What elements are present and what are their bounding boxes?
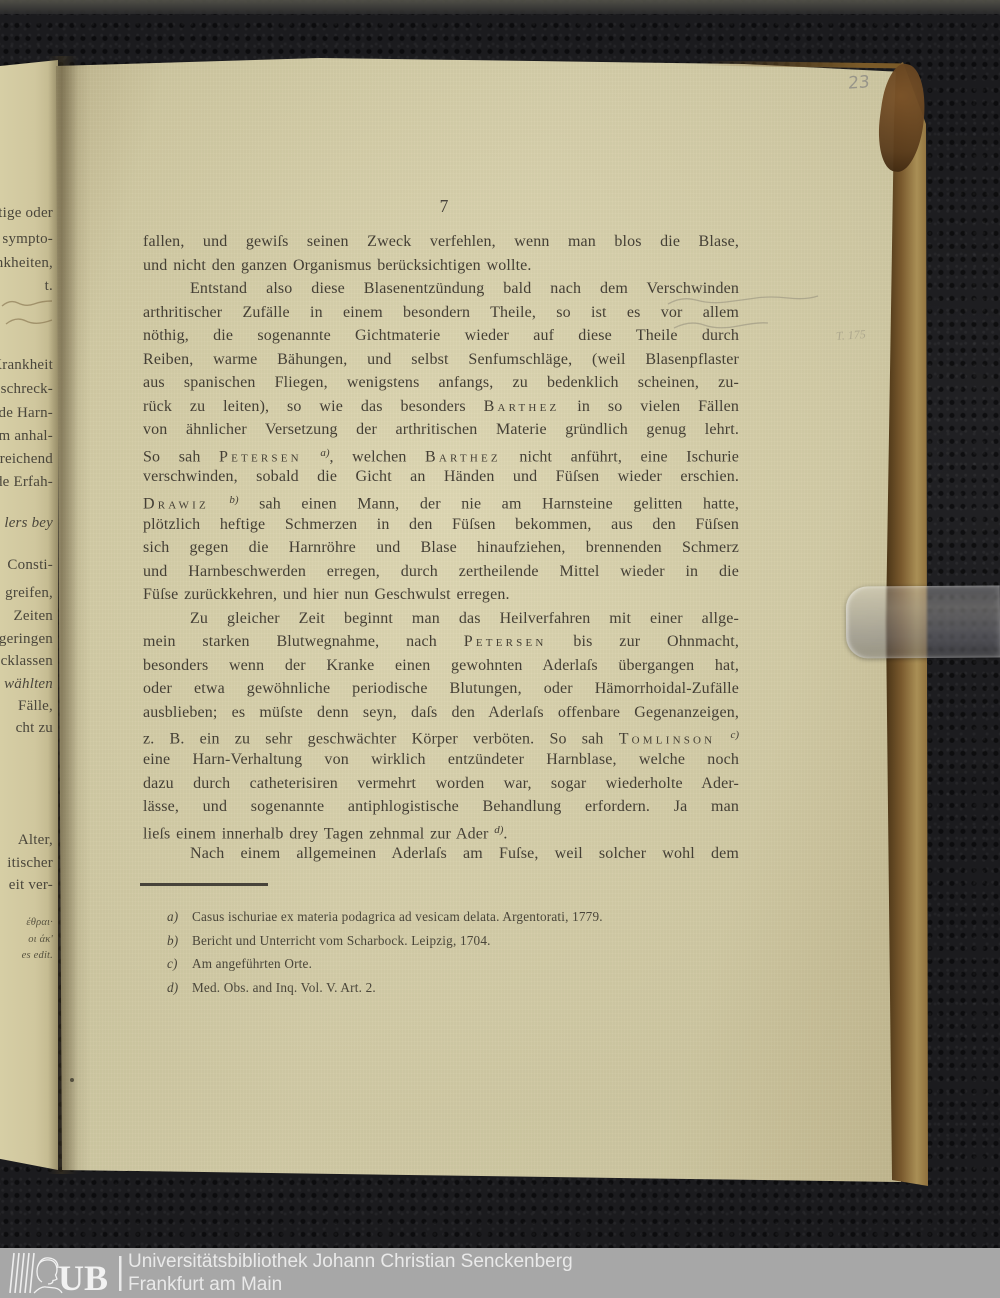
footnote-ref: d) (494, 824, 503, 836)
author-name: Barthez (484, 398, 560, 415)
facing-page-fragment: es edit. (22, 950, 53, 961)
text-run (302, 448, 321, 465)
text-line: sich gegen die Harnröhre und Blase hinau… (143, 536, 739, 560)
text-line: verschwinden, sobald die Gicht an Händen… (143, 465, 739, 489)
text-line: rück zu leiten), so wie das besonders Ba… (143, 395, 739, 419)
binding-top-highlight (0, 0, 1000, 14)
text-run: dazu durch catheterisiren vermehrt worde… (143, 775, 739, 792)
author-name: Tomlinson (619, 731, 716, 748)
text-run: . (503, 825, 507, 842)
facing-page-fragment: Fälle, (18, 698, 53, 715)
facing-page-fragment: lers bey (4, 515, 53, 532)
author-name: Petersen (219, 448, 302, 465)
text-line: arthritischer Zufälle in einem besondern… (143, 301, 739, 325)
facing-page-fragment: greifen, (5, 585, 53, 602)
text-line: und Harnbeschwerden erregen, durch zerth… (143, 560, 739, 584)
text-line: plötzlich heftige Schmerzen in den Füſse… (143, 513, 739, 537)
pencil-marginalia-text: T. 175 (836, 327, 867, 344)
institution-city: Frankfurt am Main (128, 1274, 573, 1297)
text-line: und nicht den ganzen Organismus berücksi… (143, 254, 739, 278)
facing-page-fragment: ur sympto- (0, 231, 53, 248)
text-run: So sah (143, 448, 219, 465)
footnote-text: Casus ischuriae ex materia podagrica ad … (192, 909, 603, 924)
ub-logo-text: UB (58, 1258, 108, 1295)
facing-page-fragment: geringen (0, 631, 53, 648)
text-run: nicht anführt, eine Ischurie (501, 448, 739, 465)
facing-page-fragment: Alter, (18, 832, 53, 849)
book-scan-viewport: ftige oderur sympto-rankheiten,t.Krankhe… (0, 0, 1000, 1298)
text-line: besonders wenn der Kranke einen gewohnte… (143, 654, 739, 678)
text-line: mein starken Blutwegnahme, nach Petersen… (143, 630, 739, 654)
text-run: besonders wenn der Kranke einen gewohnte… (143, 657, 739, 674)
text-run (715, 731, 730, 748)
text-run: eine Harn-Verhaltung von wirklich entzün… (143, 751, 739, 768)
text-run: in so vielen Fällen (559, 398, 739, 415)
text-line: nöthig, die sogenannte Gichtmaterie wied… (143, 324, 739, 348)
text-run: lieſs einem innerhalb drey Tagen zehnmal… (143, 825, 494, 842)
footnotes: a)Casus ischuriae ex materia podagrica a… (167, 905, 727, 999)
facing-page-fragment: cht zu (16, 720, 53, 737)
text-line: fallen, und gewiſs seinen Zweck verfehle… (143, 230, 739, 254)
footnote-label: d) (167, 976, 192, 1000)
facing-page-fragment: cklassen (1, 653, 53, 670)
footnote-ref: c) (730, 729, 739, 741)
text-line: Drawiz b) sah einen Mann, der nie am Har… (143, 489, 739, 513)
text-line: oder etwa gewöhnliche periodische Blutun… (143, 677, 739, 701)
text-run: Entstand also diese Blasenentzündung bal… (190, 280, 739, 297)
author-name: Barthez (425, 448, 501, 465)
facing-page-fragment: wählten (4, 676, 53, 693)
ink-marginalia-squiggle (0, 292, 58, 338)
paper-speck (70, 1078, 74, 1082)
facing-page-fragment: οι άκ' (28, 934, 53, 945)
footnote: b)Bericht und Unterricht vom Scharbock. … (167, 929, 727, 953)
book-page: 23 7 fallen, und gewiſs seinen Zweck ver… (54, 56, 906, 1186)
institution-name: Universitätsbibliothek Johann Christian … (128, 1251, 573, 1274)
text-line: Füſse zurückkehren, und hier nun Geschwu… (143, 583, 739, 607)
text-run: sah einen Mann, der nie am Harnsteine ge… (239, 496, 739, 513)
text-run: plötzlich heftige Schmerzen in den Füſse… (143, 516, 739, 533)
text-line: ausblieben; es müſste denn seyn, daſs de… (143, 701, 739, 725)
text-line: Entstand also diese Blasenentzündung bal… (143, 277, 739, 301)
text-run: Zu gleicher Zeit beginnt man das Heilver… (190, 610, 739, 627)
text-run: Füſse zurückkehren, und hier nun Geschwu… (143, 586, 510, 603)
transparent-page-holder (846, 585, 1000, 658)
text-line: von ähnlicher Versetzung der arthritisch… (143, 418, 739, 442)
text-run: z. B. ein zu sehr geschwächter Körper ve… (143, 731, 619, 748)
text-run: lässe, und sogenannte antiphlogistische … (143, 798, 739, 815)
text-line: dazu durch catheterisiren vermehrt worde… (143, 772, 739, 796)
text-run: rück zu leiten), so wie das besonders (143, 398, 484, 415)
library-banner: UB Universitätsbibliothek Johann Christi… (0, 1248, 1000, 1298)
text-run: Nach einem allgemeinen Aderlaſs am Fuſse… (190, 845, 739, 862)
footnote-rule (140, 883, 268, 886)
footnote-ref: b) (229, 494, 238, 506)
text-run: verschwinden, sobald die Gicht an Händen… (143, 468, 739, 485)
footnote: c)Am angeführten Orte. (167, 952, 727, 976)
text-line: z. B. ein zu sehr geschwächter Körper ve… (143, 724, 739, 748)
facing-page-fragment: itischer (7, 855, 53, 872)
text-run: fallen, und gewiſs seinen Zweck verfehle… (143, 233, 739, 250)
facing-page-fragment: έθραι· (26, 917, 53, 928)
text-run: , welchen (329, 448, 425, 465)
text-run: nöthig, die sogenannte Gichtmaterie wied… (143, 327, 739, 344)
facing-page-fragment: nreichend (0, 451, 53, 468)
facing-page-fragment: Consti- (7, 557, 53, 574)
text-run: bis zur Ohnmacht, (547, 633, 739, 650)
facing-page-fragment: eit ver- (9, 877, 53, 894)
facing-page-fragment: m anhal- (0, 428, 53, 445)
text-line: lässe, und sogenannte antiphlogistische … (143, 795, 739, 819)
author-name: Drawiz (143, 496, 209, 513)
text-run: oder etwa gewöhnliche periodische Blutun… (143, 680, 739, 697)
page-number: 7 (424, 196, 464, 217)
facing-page-fragment: de Erfah- (0, 474, 53, 491)
facing-page-sliver: ftige oderur sympto-rankheiten,t.Krankhe… (0, 60, 58, 1170)
text-run: aus spanischen Fliegen, wenigstens anfan… (143, 374, 739, 391)
text-line: aus spanischen Fliegen, wenigstens anfan… (143, 371, 739, 395)
facing-page-fragment: rankheiten, (0, 255, 53, 272)
text-block: fallen, und gewiſs seinen Zweck verfehle… (143, 230, 739, 866)
footnote-label: a) (167, 905, 192, 929)
text-run: mein starken Blutwegnahme, nach (143, 633, 464, 650)
pencil-squiggle (664, 288, 904, 354)
text-run: arthritischer Zufälle in einem besondern… (143, 304, 739, 321)
footnote-text: Bericht und Unterricht vom Scharbock. Le… (192, 933, 491, 948)
text-line: Reiben, warme Bähungen, und selbst Senfu… (143, 348, 739, 372)
text-run: von ähnlicher Versetzung der arthritisch… (143, 421, 739, 438)
text-line: lieſs einem innerhalb drey Tagen zehnmal… (143, 819, 739, 843)
facing-page-fragment: Zeiten (13, 608, 53, 625)
text-run: ausblieben; es müſste denn seyn, daſs de… (143, 704, 739, 721)
text-line: eine Harn-Verhaltung von wirklich entzün… (143, 748, 739, 772)
facing-page-fragment: ftige oder (0, 205, 53, 222)
footnote-text: Med. Obs. and Inq. Vol. V. Art. 2. (192, 980, 376, 995)
text-line: So sah Petersen a), welchen Barthez nich… (143, 442, 739, 466)
footnote: d)Med. Obs. and Inq. Vol. V. Art. 2. (167, 976, 727, 1000)
text-line: Zu gleicher Zeit beginnt man das Heilver… (143, 607, 739, 631)
facing-page-fragment: Krankheit (0, 357, 53, 374)
text-run: und nicht den ganzen Organismus berücksi… (143, 257, 532, 274)
text-line: Nach einem allgemeinen Aderlaſs am Fuſse… (143, 842, 739, 866)
ub-logo: UB (6, 1251, 126, 1295)
footnote-label: c) (167, 952, 192, 976)
author-name: Petersen (464, 633, 547, 650)
footnote-label: b) (167, 929, 192, 953)
folio-number-pencil: 23 (848, 72, 870, 94)
facing-page-fragment: de Harn- (0, 405, 53, 422)
text-run (209, 496, 230, 513)
text-run: sich gegen die Harnröhre und Blase hinau… (143, 539, 739, 556)
footnote-text: Am angeführten Orte. (192, 956, 312, 971)
text-run: und Harnbeschwerden erregen, durch zerth… (143, 563, 739, 580)
pencil-marginalia: T. 175 (664, 288, 904, 354)
text-run: Reiben, warme Bähungen, und selbst Senfu… (143, 351, 739, 368)
facing-page-fragment: schreck- (1, 381, 53, 398)
footnote: a)Casus ischuriae ex materia podagrica a… (167, 905, 727, 929)
banner-institution: Universitätsbibliothek Johann Christian … (128, 1251, 573, 1296)
